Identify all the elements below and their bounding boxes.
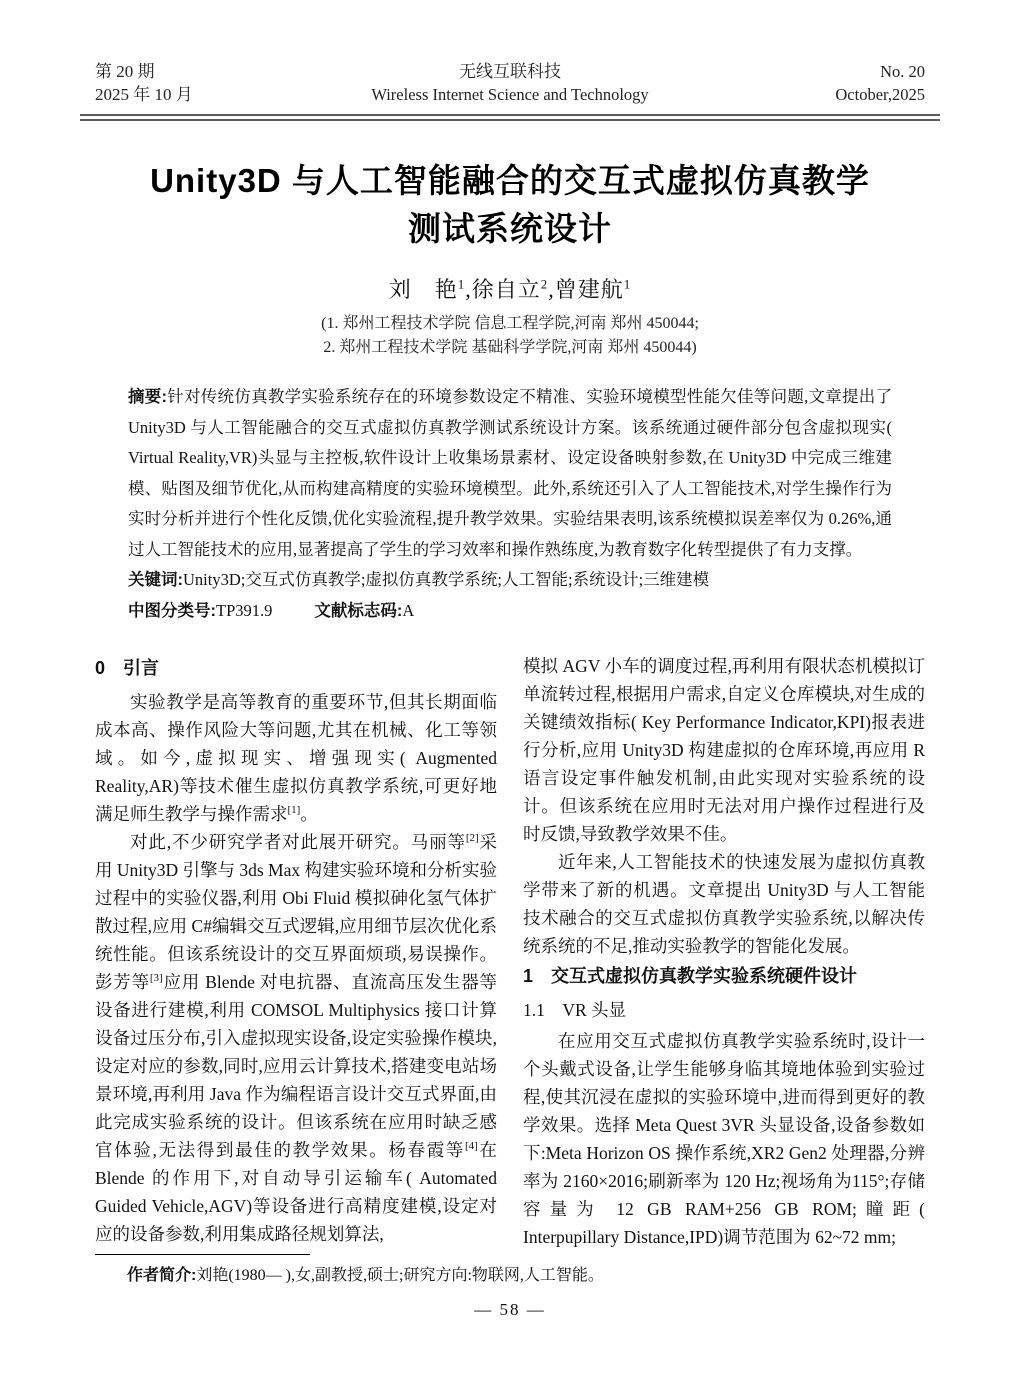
journal-title-en: Wireless Internet Science and Technology xyxy=(225,83,795,106)
affiliation-line: 2. 郑州工程技术学院 基础科学学院,河南 郑州 450044) xyxy=(95,336,925,360)
body-paragraph: 对此,不少研究学者对此展开研究。马丽等[2]采用 Unity3D 引擎与 3ds… xyxy=(95,828,497,1248)
abstract: 摘要:针对传统仿真教学实验系统存在的环境参数设定不精准、实验环境模型性能欠佳等问… xyxy=(128,382,892,565)
right-column: 模拟 AGV 小车的调度过程,再利用有限状态机模拟订单流转过程,根据用户需求,自… xyxy=(523,652,925,1252)
body-columns: 0 引言 实验教学是高等教育的重要环节,但其长期面临成本高、操作风险大等问题,尤… xyxy=(95,652,925,1252)
page-number: — 58 — xyxy=(0,1300,1020,1320)
paper-title: Unity3D 与人工智能融合的交互式虚拟仿真教学 测试系统设计 xyxy=(95,157,925,253)
author-affil-ref: 1 xyxy=(624,277,632,292)
author-bio-label: 作者简介: xyxy=(127,1267,196,1284)
journal-title-cn: 无线互联科技 xyxy=(225,60,795,83)
left-column: 0 引言 实验教学是高等教育的重要环节,但其长期面临成本高、操作风险大等问题,尤… xyxy=(95,652,497,1252)
abstract-label: 摘要: xyxy=(128,388,167,406)
abstract-text: 针对传统仿真教学实验系统存在的环境参数设定不精准、实验环境模型性能欠佳等问题,文… xyxy=(128,387,892,559)
clc-value: TP391.9 xyxy=(216,601,272,620)
clc-line: 中图分类号:TP391.9文献标志码:A xyxy=(128,596,892,627)
journal-title-block: 无线互联科技 Wireless Internet Science and Tec… xyxy=(225,60,795,106)
body-paragraph: 实验教学是高等教育的重要环节,但其长期面临成本高、操作风险大等问题,尤其在机械、… xyxy=(95,688,497,828)
section-heading-0: 0 引言 xyxy=(95,654,497,682)
footnote: 作者简介:刘艳(1980— ),女,副教授,硕士;研究方向:物联网,人工智能。 xyxy=(95,1254,925,1288)
author-bio: 作者简介:刘艳(1980— ),女,副教授,硕士;研究方向:物联网,人工智能。 xyxy=(95,1264,925,1288)
header-issue-cn: 第 20 期 2025 年 10 月 xyxy=(95,60,225,106)
author-bio-text: 刘艳(1980— ),女,副教授,硕士;研究方向:物联网,人工智能。 xyxy=(196,1267,604,1284)
keywords-label: 关键词: xyxy=(128,571,183,589)
issue-date-en: October,2025 xyxy=(795,83,925,106)
doc-code-value: A xyxy=(402,601,414,620)
affiliation-line: (1. 郑州工程技术学院 信息工程学院,河南 郑州 450044; xyxy=(95,312,925,336)
author: ,曾建航1 xyxy=(548,277,631,302)
header-divider xyxy=(80,114,940,121)
body-paragraph: 模拟 AGV 小车的调度过程,再利用有限状态机模拟订单流转过程,根据用户需求,自… xyxy=(523,652,925,848)
doc-code-label: 文献标志码: xyxy=(314,602,402,620)
journal-header: 第 20 期 2025 年 10 月 无线互联科技 Wireless Inter… xyxy=(95,60,925,106)
section-heading-1: 1 交互式虚拟仿真教学实验系统硬件设计 xyxy=(523,962,925,990)
issue-number-en: No. 20 xyxy=(795,60,925,83)
affiliations: (1. 郑州工程技术学院 信息工程学院,河南 郑州 450044; 2. 郑州工… xyxy=(95,312,925,360)
issue-number-cn: 第 20 期 xyxy=(95,60,225,83)
author: 刘 艳1 xyxy=(389,277,466,302)
authors-line: 刘 艳1,徐自立2,曾建航1 xyxy=(95,273,925,304)
header-issue-en: No. 20 October,2025 xyxy=(795,60,925,106)
body-paragraph: 在应用交互式虚拟仿真教学实验系统时,设计一个头戴式设备,让学生能够身临其境地体验… xyxy=(523,1027,925,1251)
issue-date-cn: 2025 年 10 月 xyxy=(95,83,225,106)
paper-page: 第 20 期 2025 年 10 月 无线互联科技 Wireless Inter… xyxy=(0,0,1020,1375)
body-paragraph: 近年来,人工智能技术的快速发展为虚拟仿真教学带来了新的机遇。文章提出 Unity… xyxy=(523,848,925,960)
paper-title-line2: 测试系统设计 xyxy=(95,205,925,253)
footnote-divider xyxy=(95,1254,310,1255)
clc-label: 中图分类号: xyxy=(128,602,216,620)
keywords: 关键词:Unity3D;交互式仿真教学;虚拟仿真教学系统;人工智能;系统设计;三… xyxy=(128,565,892,596)
keywords-text: Unity3D;交互式仿真教学;虚拟仿真教学系统;人工智能;系统设计;三维建模 xyxy=(183,570,709,589)
section-heading-1-1: 1.1 VR 头显 xyxy=(523,996,925,1024)
author: ,徐自立2 xyxy=(465,277,548,302)
paper-title-line1: Unity3D 与人工智能融合的交互式虚拟仿真教学 xyxy=(95,157,925,205)
